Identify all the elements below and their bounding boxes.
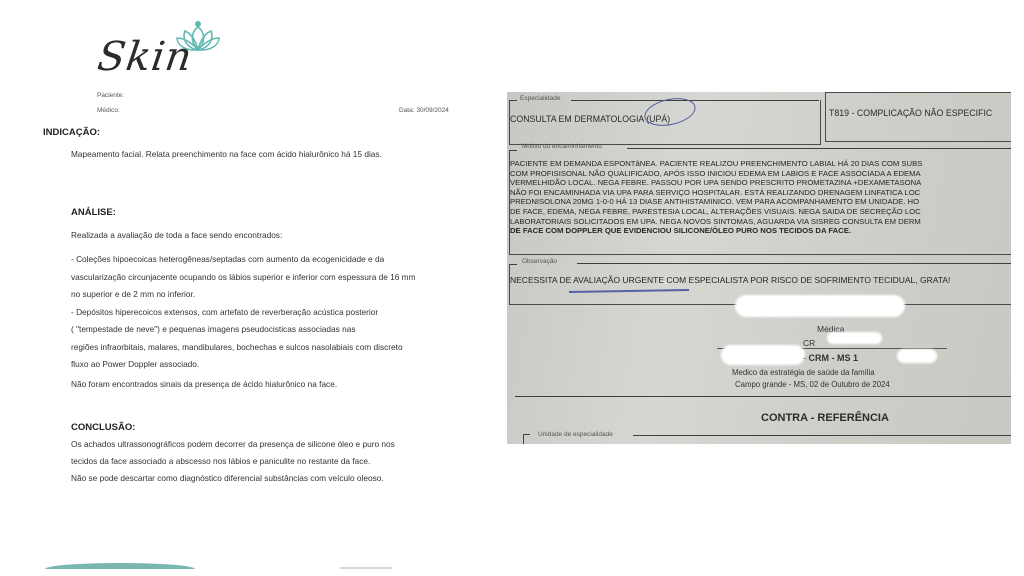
footer-faint-text <box>340 567 392 569</box>
text-line: PREDNISOLONA 20MG 1-0-0 HÁ 13 DIASE ANTI… <box>510 197 1011 207</box>
redaction-mark <box>721 345 805 365</box>
motivo-label: Motivo do encaminhamento <box>519 143 605 150</box>
text-line: vascularização circunjacente ocupando os… <box>71 270 416 286</box>
unidade-label: Unidade de especialidade <box>535 431 616 438</box>
footer-accent-bar <box>45 563 195 569</box>
motivo-bold-line: DE FACE COM DOPPLER QUE EVIDENCIOU SILIC… <box>510 226 1011 236</box>
text-line: DE FACE, EDEMA, NEGA FEBRE, PARESTESIA L… <box>510 207 1011 217</box>
crm-text: - CRM - MS 1 <box>803 353 858 363</box>
text-line: Os achados ultrassonográficos podem deco… <box>71 437 395 453</box>
especialidade-label: Especialidade <box>517 95 563 102</box>
lotus-icon <box>174 20 222 54</box>
redaction-mark <box>735 295 905 317</box>
indicacao-text: Mapeamento facial. Relata preenchimento … <box>71 147 382 163</box>
cid-value: T819 - COMPLICAÇÃO NÃO ESPECIFIC <box>829 108 992 118</box>
contra-referencia-title: CONTRA - REFERÊNCIA <box>761 412 889 424</box>
ultrasound-report: Skin Paciente: Médico: Data: 30/09/2024 … <box>0 0 500 576</box>
redaction-mark <box>897 349 937 363</box>
doctor-role: Medico da estratégia de saúde da família <box>732 368 875 377</box>
text-line: COM PROFISISONAL NÃO QUALIFICADO, APÓS I… <box>510 169 1011 179</box>
patient-label: Paciente: <box>97 92 124 99</box>
stamp-line-2: CR <box>803 338 815 348</box>
observacao-value: NECESSITA DE AVALIAÇÃO URGENTE COM ESPEC… <box>510 275 950 285</box>
text-line: fluxo ao Power Doppler associado. <box>71 357 199 373</box>
text-line: tecidos da face associado a abscesso nos… <box>71 454 370 470</box>
skin-logo: Skin <box>98 20 228 82</box>
text-line: NÃO FOI ENCAMINHADA VIA UPA PARA SERVIÇO… <box>510 188 1011 198</box>
text-line: LABORATORIAIS SOLICITADOS EM UPA. NEGA N… <box>510 217 1011 227</box>
conclusao-heading: CONCLUSÃO: <box>71 422 135 433</box>
analise-heading: ANÁLISE: <box>71 207 116 218</box>
text-line: PACIENTE EM DEMANDA ESPONTâNEA. PACIENTE… <box>510 159 1011 169</box>
text-line: regiões infraorbitais, malares, mandibul… <box>71 340 403 356</box>
observacao-label: Observação <box>519 258 560 265</box>
indicacao-heading: INDICAÇÃO: <box>43 127 100 138</box>
text-line: - Depósitos hiperecoicos extensos, com a… <box>71 305 378 321</box>
referral-form-photo: Especialidade CONSULTA EM DERMATOLOGIA (… <box>507 92 1011 444</box>
text-line: VERMELHIDÃO LOCAL. NEGA FEBRE. PASSOU PO… <box>510 178 1011 188</box>
text-line: Não se pode descartar como diagnóstico d… <box>71 471 384 487</box>
text-line: no superior e de 2 mm no inferior. <box>71 287 195 303</box>
analise-closing: Não foram encontrados sinais da presença… <box>71 377 337 393</box>
doctor-label: Médico: <box>97 107 120 114</box>
motivo-text: PACIENTE EM DEMANDA ESPONTâNEA. PACIENTE… <box>510 159 1011 236</box>
redaction-mark <box>827 332 882 344</box>
analise-intro: Realizada a avaliação de toda a face sen… <box>71 228 282 244</box>
text-line: ( "tempestade de neve") e pequenas image… <box>71 322 355 338</box>
report-date: Data: 30/09/2024 <box>399 107 449 114</box>
place-date: Campo grande - MS, 02 de Outubro de 2024 <box>735 380 890 389</box>
text-line: - Coleções hipoecoicas heterogêneas/sept… <box>71 252 384 268</box>
